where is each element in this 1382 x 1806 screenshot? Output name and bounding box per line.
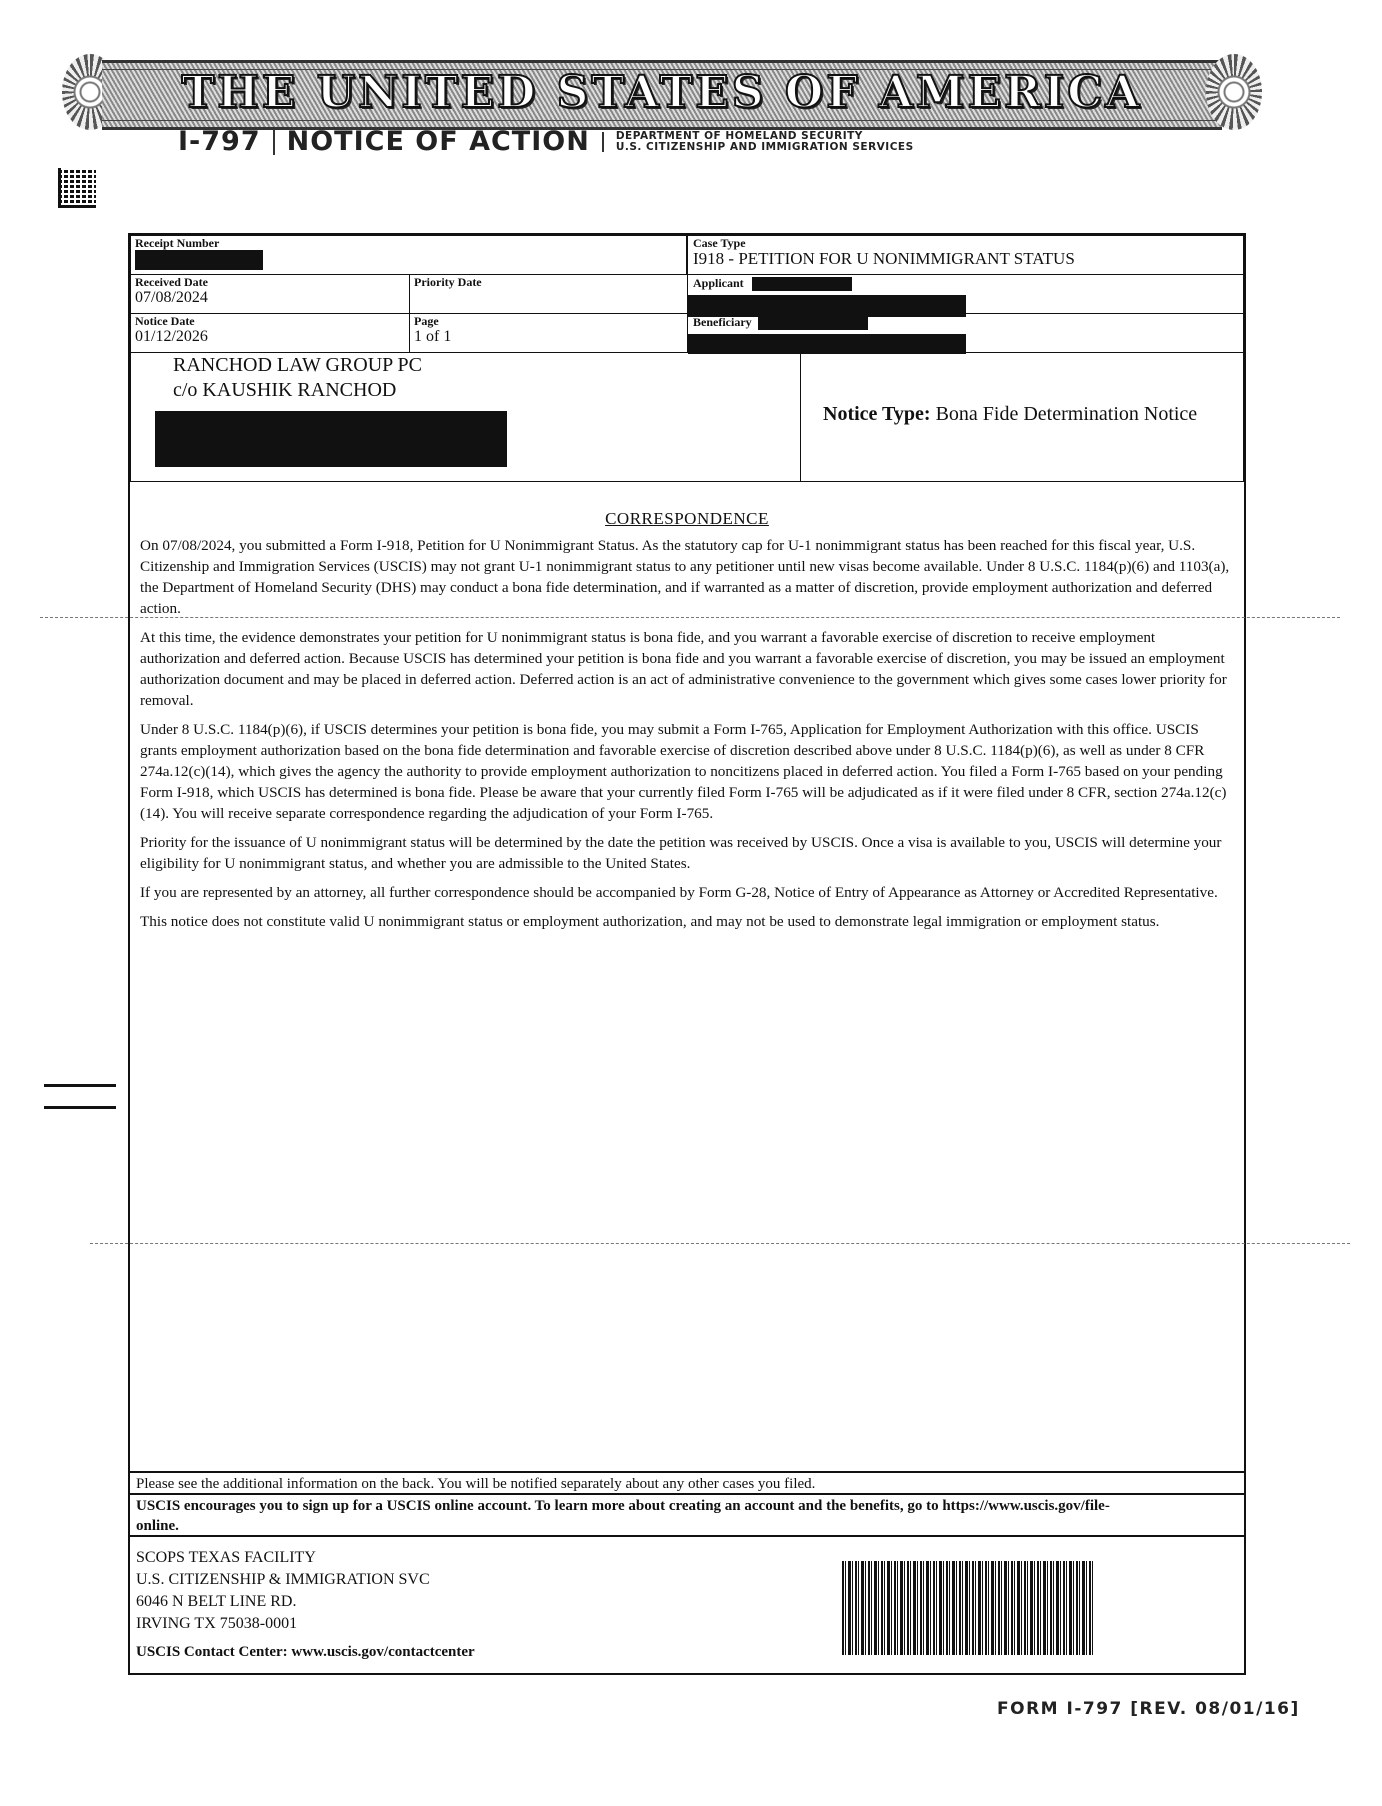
page-label: Page [414, 315, 683, 328]
beneficiary-label: Beneficiary [693, 316, 752, 329]
notice-type: Notice Type: Bona Fide Determination Not… [823, 403, 1197, 426]
recipient-address: RANCHOD LAW GROUP PC c/o KAUSHIK RANCHOD [173, 353, 507, 467]
paragraph: This notice does not constitute valid U … [140, 911, 1232, 932]
online-account-notice: USCIS encourages you to sign up for a US… [130, 1493, 1244, 1537]
scan-artifact [40, 617, 1340, 618]
received-date-cell: Received Date 07/08/2024 [130, 274, 410, 314]
notice-form: Receipt Number Case Type I918 - PETITION… [128, 233, 1246, 1675]
paragraph: At this time, the evidence demonstrates … [140, 627, 1232, 711]
notice-type-value: Bona Fide Determination Notice [936, 403, 1198, 425]
page-value: 1 of 1 [414, 328, 683, 346]
form-revision: FORM I-797 [REV. 08/01/16] [997, 1699, 1300, 1719]
scan-artifact [90, 1243, 1350, 1244]
department-line-2: U.S. CITIZENSHIP AND IMMIGRATION SERVICE… [616, 142, 914, 153]
notice-date-label: Notice Date [135, 315, 405, 328]
notice-type-label: Notice Type: [823, 403, 931, 425]
divider [602, 132, 604, 152]
department-line-1: DEPARTMENT OF HOMELAND SECURITY [616, 131, 914, 142]
divider [273, 129, 275, 155]
page-cell: Page 1 of 1 [409, 313, 688, 353]
recipient-address-redacted [155, 411, 507, 467]
beneficiary-redacted [688, 334, 966, 354]
rosette-right-icon [1206, 54, 1262, 130]
receipt-number-redacted [135, 250, 263, 270]
received-date-value: 07/08/2024 [135, 289, 405, 307]
margin-mark [44, 1084, 116, 1087]
notice-date-cell: Notice Date 01/12/2026 [130, 313, 410, 353]
recipient-address-cell: RANCHOD LAW GROUP PC c/o KAUSHIK RANCHOD [130, 352, 801, 482]
banner-title: THE UNITED STATES OF AMERICA [102, 60, 1222, 124]
priority-date-label: Priority Date [414, 276, 683, 289]
beneficiary-cell: Beneficiary [687, 313, 1244, 353]
priority-date-cell: Priority Date [409, 274, 688, 314]
beneficiary-redacted [758, 316, 868, 330]
datamatrix-frame [58, 168, 96, 208]
paragraph: If you are represented by an attorney, a… [140, 882, 1232, 903]
case-type-cell: Case Type I918 - PETITION FOR U NONIMMIG… [687, 235, 1244, 275]
margin-mark [44, 1106, 116, 1109]
correspondence-body: On 07/08/2024, you submitted a Form I-91… [140, 535, 1232, 940]
notice-type-cell: Notice Type: Bona Fide Determination Not… [800, 352, 1244, 482]
case-type-value: I918 - PETITION FOR U NONIMMIGRANT STATU… [693, 250, 1238, 268]
notice-date-value: 01/12/2026 [135, 328, 405, 346]
correspondence-title: CORRESPONDENCE [130, 509, 1244, 529]
receipt-number-label: Receipt Number [135, 237, 682, 250]
form-number: I-797 [178, 126, 261, 157]
applicant-redacted [752, 277, 852, 291]
applicant-label: Applicant [693, 277, 744, 290]
notice-title: NOTICE OF ACTION [287, 126, 590, 157]
additional-info: Please see the additional information on… [130, 1471, 1244, 1495]
department-block: DEPARTMENT OF HOMELAND SECURITY U.S. CIT… [616, 131, 914, 153]
seal-banner: THE UNITED STATES OF AMERICA [62, 52, 1262, 132]
receipt-number-cell: Receipt Number [130, 235, 687, 275]
received-date-label: Received Date [135, 276, 405, 289]
recipient-line-1: RANCHOD LAW GROUP PC [173, 353, 507, 378]
paragraph: Priority for the issuance of U nonimmigr… [140, 832, 1232, 874]
applicant-cell: Applicant [687, 274, 1244, 314]
form-subheader: I-797 NOTICE OF ACTION DEPARTMENT OF HOM… [178, 126, 914, 157]
paragraph: On 07/08/2024, you submitted a Form I-91… [140, 535, 1232, 619]
barcode-icon [842, 1561, 1094, 1655]
recipient-line-2: c/o KAUSHIK RANCHOD [173, 378, 507, 403]
paragraph: Under 8 U.S.C. 1184(p)(6), if USCIS dete… [140, 719, 1232, 824]
